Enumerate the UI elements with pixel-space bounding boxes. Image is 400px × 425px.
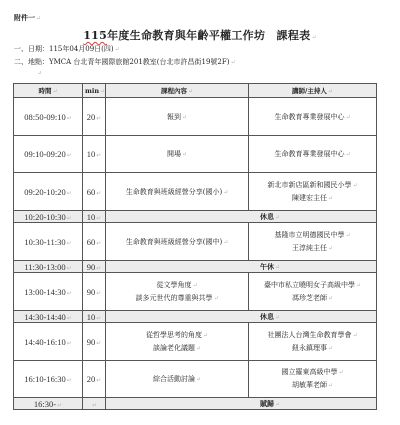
content-cell: 綜合活動討論↵: [106, 361, 249, 398]
break-label: 午休↵: [106, 261, 377, 273]
venue-line: 二、地點：YMCA 台北青年國際旅館201教室(台北市許昌街19號2F)↵: [14, 57, 236, 67]
header-time: 時間↵: [14, 84, 83, 98]
min-cell: 10↵: [83, 311, 106, 323]
content-cell: 生命教育與班級經營分享(國小)↵: [106, 173, 249, 211]
time-cell: 09:10-09:20↵: [14, 136, 83, 173]
min-cell: 10↵: [83, 211, 106, 223]
table-row: 14:40-16:10↵ 90↵ 從哲學思考的角度↵談論老化議題↵ 社團法人台灣…: [14, 323, 377, 361]
header-min: min↵: [83, 84, 106, 98]
min-cell: 90↵: [83, 273, 106, 311]
content-cell: 報到↵: [106, 98, 249, 136]
break-label: 休息↵: [106, 311, 377, 323]
time-cell: 13:00-14:30↵: [14, 273, 83, 311]
speaker-cell: 基隆市立明德國民中學↵王淳純主任↵: [249, 223, 377, 261]
content-cell: 開場↵: [106, 136, 249, 173]
time-cell: 10:20-10:30↵: [14, 211, 83, 223]
time-cell: 08:50-09:10↵: [14, 98, 83, 136]
min-cell: 20↵: [83, 361, 106, 398]
title-year: 115: [83, 29, 107, 42]
min-cell: 60↵: [83, 173, 106, 211]
time-cell: 10:30-11:30↵: [14, 223, 83, 261]
attachment-label: 附件一↵: [14, 13, 41, 23]
empty-paragraph-mark: ↵: [37, 70, 42, 77]
time-cell: 09:20-10:20↵: [14, 173, 83, 211]
min-cell: 90↵: [83, 261, 106, 273]
table-row: 10:30-11:30↵ 60↵ 生命教育與班級經營分享(國中)↵ 基隆市立明德…: [14, 223, 377, 261]
break-row: 14:30-14:40↵ 10↵ 休息↵: [14, 311, 377, 323]
speaker-cell: 新北市新店區新和國民小學↵陳建宏主任↵: [249, 173, 377, 211]
break-row: 16:30-↵ ↵ 賦歸↵: [14, 398, 377, 410]
date-line: 一、日期：115年04月09日(四)↵: [14, 44, 120, 54]
table-row: 16:10-16:30↵ 20↵ 綜合活動討論↵ 國立羅東高級中學↵胡敏華老師↵: [14, 361, 377, 398]
speaker-cell: 國立羅東高級中學↵胡敏華老師↵: [249, 361, 377, 398]
table-row: 08:50-09:10↵ 20↵ 報到↵ 生命教育專業發展中心↵: [14, 98, 377, 136]
break-row: 10:20-10:30↵ 10↵ 休息↵: [14, 211, 377, 223]
min-cell: 90↵: [83, 323, 106, 361]
speaker-cell: 臺中市私立曉明女子高級中學↵馮珍芝老師↵: [249, 273, 377, 311]
speaker-cell: 社團法人台灣生命教育學會↵鈕永鎮理事↵: [249, 323, 377, 361]
header-content: 課程內容↵: [106, 84, 249, 98]
document-title: 115年度生命教育與年齡平權工作坊 課程表↵: [0, 27, 400, 43]
min-cell: 10↵: [83, 136, 106, 173]
break-label: 賦歸↵: [106, 398, 377, 410]
min-cell: 20↵: [83, 98, 106, 136]
time-cell: 11:30-13:00↵: [14, 261, 83, 273]
speaker-cell: 生命教育專業發展中心↵: [249, 98, 377, 136]
time-cell: 16:10-16:30↵: [14, 361, 83, 398]
table-row: 09:20-10:20↵ 60↵ 生命教育與班級經營分享(國小)↵ 新北市新店區…: [14, 173, 377, 211]
table-row: 13:00-14:30↵ 90↵ 從文學角度↵談多元世代的尊重與共學↵ 臺中市私…: [14, 273, 377, 311]
break-row: 11:30-13:00↵ 90↵ 午休↵: [14, 261, 377, 273]
table-header-row: 時間↵ min↵ 課程內容↵ 講師/主持人↵: [14, 84, 377, 98]
content-cell: 生命教育與班級經營分享(國中)↵: [106, 223, 249, 261]
speaker-cell: 生命教育專業發展中心↵: [249, 136, 377, 173]
schedule-table: 時間↵ min↵ 課程內容↵ 講師/主持人↵ 08:50-09:10↵ 20↵ …: [13, 83, 377, 410]
header-speaker: 講師/主持人↵: [249, 84, 377, 98]
time-cell: 14:30-14:40↵: [14, 311, 83, 323]
content-cell: 從哲學思考的角度↵談論老化議題↵: [106, 323, 249, 361]
min-cell: 60↵: [83, 223, 106, 261]
min-cell: ↵: [83, 398, 106, 410]
break-label: 休息↵: [106, 211, 377, 223]
content-cell: 從文學角度↵談多元世代的尊重與共學↵: [106, 273, 249, 311]
time-cell: 16:30-↵: [14, 398, 83, 410]
table-row: 09:10-09:20↵ 10↵ 開場↵ 生命教育專業發展中心↵: [14, 136, 377, 173]
time-cell: 14:40-16:10↵: [14, 323, 83, 361]
